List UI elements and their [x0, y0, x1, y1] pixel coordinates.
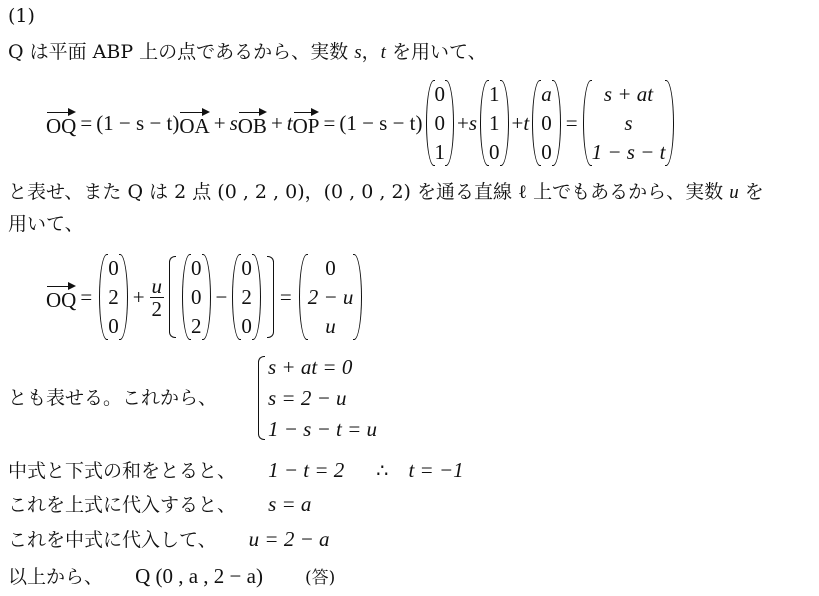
minus: −	[216, 285, 228, 310]
step-substitute-2-eq: u = 2 − a	[249, 527, 330, 551]
answer: Q (0 , a , 2 − a)	[135, 564, 263, 588]
comma: ，	[362, 41, 381, 63]
var-s: s	[354, 42, 361, 63]
coef-s: s	[230, 111, 238, 136]
system-eq-2: s = 2 − u	[268, 383, 377, 414]
equals: =	[566, 111, 578, 136]
coef-t: t	[523, 111, 529, 136]
column-vector-v2: 020	[232, 254, 261, 340]
line-condition: と表せ、また Q は 2 点 (0 , 2 , 0)，(0 , 0 , 2) を…	[8, 180, 764, 205]
answer-tag: (答)	[305, 568, 335, 588]
part-label: (1)	[8, 4, 35, 28]
step-sum-result: t = −1	[408, 458, 463, 482]
intro-text: Q は平面 ABP 上の点であるから、実数	[8, 41, 354, 63]
line-condition-post: を	[739, 181, 764, 203]
equals: =	[280, 285, 292, 310]
plus: +	[457, 111, 469, 136]
vector-OP: OP	[293, 108, 320, 139]
step-substitute-1-eq: s = a	[268, 492, 311, 516]
plus: +	[512, 111, 524, 136]
step-sum-eq: 1 − t = 2	[268, 458, 344, 482]
column-vector-P: a00	[532, 80, 561, 166]
equals: =	[80, 285, 92, 310]
vector-OQ: OQ	[46, 108, 76, 139]
fraction-u-over-2: u 2	[150, 275, 165, 320]
column-vector-result: s + ats1 − s − t	[583, 80, 675, 166]
plus: +	[271, 111, 283, 136]
coef-1-s-t: (1 − s − t)	[96, 111, 179, 136]
equals: =	[323, 111, 335, 136]
vector-OA: OA	[179, 108, 209, 139]
line-hence: とも表せる。これから、	[8, 386, 217, 410]
step-substitute-2: これを中式に代入して、 u = 2 − a	[8, 527, 330, 552]
therefore-symbol: ∴	[376, 460, 388, 482]
step-sum: 中式と下式の和をとると、 1 − t = 2 ∴ t = −1	[8, 458, 464, 483]
equation-system: s + at = 0 s = 2 − u 1 − s − t = u	[258, 352, 377, 444]
brace-group: 002 − 020	[169, 254, 274, 340]
coef-s: s	[469, 111, 477, 136]
column-vector-base: 020	[99, 254, 128, 340]
equals: =	[80, 111, 92, 136]
plus: +	[133, 285, 145, 310]
system-eq-1: s + at = 0	[268, 352, 377, 383]
equation-line: OQ = 020 + u 2 002 − 020 = 02 − uu	[46, 252, 365, 342]
column-vector-B: 110	[480, 80, 509, 166]
column-vector-A: 001	[426, 80, 455, 166]
intro-line: Q は平面 ABP 上の点であるから、実数 s，t を用いて、	[8, 40, 487, 65]
intro-post: を用いて、	[386, 41, 487, 63]
system-eq-3: 1 − s − t = u	[268, 414, 377, 445]
step-substitute-1: これを上式に代入すると、 s = a	[8, 492, 311, 517]
coef-1-s-t-2: (1 − s − t)	[339, 111, 422, 136]
line-continue: 用いて、	[8, 212, 84, 236]
column-vector-v1: 002	[182, 254, 211, 340]
column-vector-result: 02 − uu	[299, 254, 363, 340]
equation-plane: OQ = (1 − s − t) OA + s OB + t OP = (1 −…	[46, 78, 677, 168]
plus: +	[214, 111, 226, 136]
var-u: u	[729, 182, 739, 203]
line-condition-text: と表せ、また Q は 2 点 (0 , 2 , 0)，(0 , 0 , 2) を…	[8, 181, 729, 203]
vector-OB: OB	[238, 108, 267, 139]
vector-OQ: OQ	[46, 282, 76, 313]
conclusion: 以上から、 Q (0 , a , 2 − a) (答)	[8, 564, 335, 590]
